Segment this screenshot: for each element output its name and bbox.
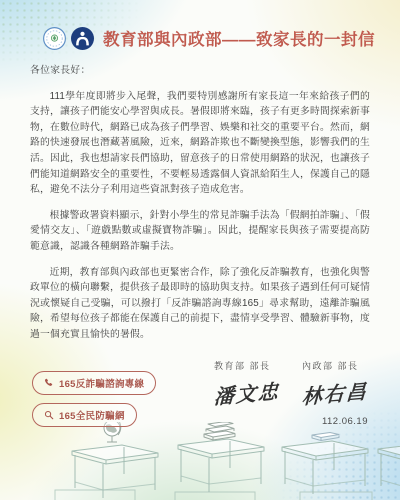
paragraph-3: 近期，教育部與內政部也更緊密合作，除了強化反詐騙教育，也強化與警政單位的橫向聯繫… <box>30 265 370 343</box>
hotline-phone-label: 165反詐騙諮詢專線 <box>59 376 144 390</box>
hotline-phone-button[interactable]: 165反詐騙諮詢專線 <box>32 371 156 395</box>
search-icon <box>44 410 54 420</box>
header: 教育部與內政部——致家長的一封信 <box>30 26 370 50</box>
signature-block-moe: 教育部 部長 潘文忠 <box>214 359 280 407</box>
moe-logo-icon <box>43 27 66 50</box>
signature-moe: 潘文忠 <box>213 375 280 410</box>
paragraph-1: 111學年度即將步入尾聲，我們要特別感謝所有家長這一年來給孩子們的支持，讓孩子們… <box>30 89 370 198</box>
page-title: 教育部與內政部——致家長的一封信 <box>103 26 375 50</box>
minister-title-moe: 教育部 部長 <box>214 359 271 372</box>
hotline-web-label: 165全民防騙網 <box>59 408 125 422</box>
greeting: 各位家長好： <box>30 63 370 79</box>
moi-logo-icon <box>71 27 94 50</box>
paragraph-2: 根據警政署資料顯示，針對小學生的常見詐騙手法為「假網拍詐騙」、「假愛情交友」、「… <box>30 208 370 255</box>
letter-content: 教育部與內政部——致家長的一封信 各位家長好： 111學年度即將步入尾聲，我們要… <box>0 0 400 427</box>
phone-icon <box>44 378 54 388</box>
footer: 165反詐騙諮詢專線 165全民防騙網 教育部 部長 潘文忠 <box>30 359 370 427</box>
hotline-buttons: 165反詐騙諮詢專線 165全民防騙網 <box>32 371 156 427</box>
signature-block-moi: 內政部 部長 林右昌 <box>302 359 368 407</box>
letter-body: 各位家長好： 111學年度即將步入尾聲，我們要特別感謝所有家長這一年來給孩子們的… <box>30 63 370 343</box>
signature-moi: 林右昌 <box>301 375 368 410</box>
letter-date: 112.06.19 <box>214 416 368 427</box>
hotline-web-button[interactable]: 165全民防騙網 <box>32 403 137 427</box>
minister-title-moi: 內政部 部長 <box>302 359 359 372</box>
classroom-desks-illustration <box>0 422 400 500</box>
signature-area: 教育部 部長 潘文忠 內政部 部長 林右昌 112.06.19 <box>214 359 368 427</box>
letter-page: 教育部與內政部——致家長的一封信 各位家長好： 111學年度即將步入尾聲，我們要… <box>0 0 400 500</box>
